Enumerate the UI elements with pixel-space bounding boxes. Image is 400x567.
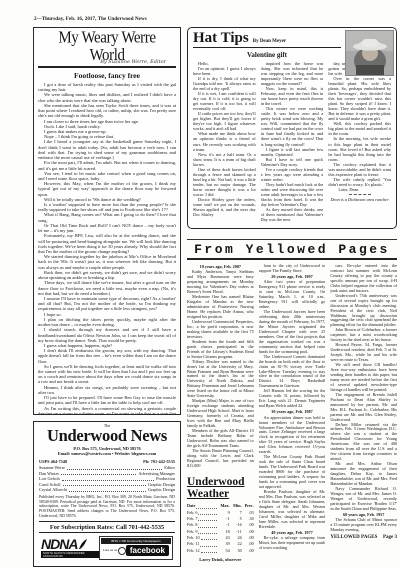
weather-rows: Feb. 6 9 7 .03 Feb. 7 — [187, 510, 254, 554]
dotted-leader — [198, 514, 216, 515]
jump-label: YELLOWED PAGES — [330, 535, 377, 541]
hat-tips-paragraph: In the morning, his wife awoke to this h… — [328, 136, 391, 161]
hat-tips-col-3: day, and he hadn't gotten anything for h… — [328, 61, 391, 223]
dotted-leader — [201, 539, 217, 540]
yellowed-item: The Souris Basin Planning Council, along… — [187, 449, 254, 469]
hat-tips-box: Hat Tips By Dean Meyer Valentine gift He… — [187, 27, 397, 229]
yellowed-pages-banner: From Yellowed Pages — [187, 242, 397, 260]
yellowed-col-1-text: 10 years ago, Feb. 2007Kathy Anderson, T… — [187, 264, 254, 469]
hat-tips-paragraph: Now, keep in mind, this is February, and… — [261, 86, 324, 106]
yellowed-item: After two years of preparation Emergency… — [259, 280, 326, 310]
yellowed-item: Jeff Hanson led the scoring for the Come… — [259, 389, 326, 409]
hat-tips-paragraph: Over in the corner was a beautiful plant… — [328, 76, 391, 122]
article-body: I got a dose of harsh reality this past … — [38, 82, 176, 415]
weather-title-line1: Underwood — [187, 476, 245, 488]
hat-tips-paragraph: I figure it will last another few months… — [261, 147, 324, 157]
newspaper-page: 2—Thursday, Feb. 16, 2017, The Underwood… — [0, 0, 400, 567]
article-paragraph: I assume I'll have to maintain some type… — [38, 296, 176, 312]
subscription-rates-line: For Subscription Rates: Call 701-442-553… — [39, 521, 175, 533]
masthead-logos-row: NDNA NORTH DAKOTA NEWSPAPER ASSOCIATION … — [39, 536, 175, 560]
weather-min: 30 — [230, 548, 242, 554]
weather-max: 54 — [218, 548, 230, 554]
article-title: Footloose, fancy free — [38, 71, 176, 80]
masthead-usps: USPS 464-7540 — [39, 459, 67, 464]
hat-tips-paragraph: I'm an optimist. I guess I always have b… — [193, 66, 256, 76]
weather-title-line2: Weather — [187, 488, 229, 500]
hat-tips-paragraph: The cowboy explained that it was unavoid… — [328, 162, 391, 177]
article-paragraph: I'll just have to be prepared. I'll have… — [38, 395, 176, 405]
hat-tips-paragraph: Doctor Shirley gave the orders, some stu… — [193, 197, 256, 217]
yellowed-item: The engagement of Brenda Judell Puchant … — [330, 393, 397, 423]
hat-tips-columns: Hello,I'm an optimist. I guess I always … — [193, 61, 391, 223]
weather-title: Underwood Weather — [187, 476, 254, 501]
yellowed-pages-section: From Yellowed Pages 10 years ago, Feb. 2… — [187, 239, 397, 562]
yellowed-item: The Underwood Comets dominated the board… — [259, 355, 326, 390]
hat-tips-paragraph: What made me think about how an optimist… — [193, 131, 256, 151]
article-paragraph: Hmmm, I think after six songs, we probab… — [38, 385, 176, 395]
yellowed-item: Brooke Paulson, daughter of Mr. and Mrs.… — [259, 490, 326, 530]
dotted-leader — [201, 552, 217, 553]
yellowed-pages-col-2: loan to the city of Underwood to support… — [259, 264, 326, 562]
werre-column-box: My Weary Werre World By Suzanne Werre, E… — [33, 27, 181, 415]
yellowed-col-2-text: loan to the city of Underwood to support… — [259, 264, 326, 551]
hat-tips-paragraph: As they nursed their drinks, one of them… — [261, 207, 324, 222]
werre-column-header: My Weary Werre World By Suzanne Werre, E… — [38, 28, 176, 68]
hat-tips-paragraph: If it is dry, I think of what my Grandpa… — [193, 76, 256, 91]
dean-meyer-photo — [345, 30, 394, 76]
hat-tips-paragraph: inquired how the horse was doing. She wa… — [261, 61, 324, 86]
hat-tips-article-title: Valentine gift — [193, 51, 341, 59]
yellowed-pages-col-1: 10 years ago, Feb. 2007Kathy Anderson, T… — [187, 264, 254, 562]
yellowed-item: Howard Payne, 54, Fargo, former Underwoo… — [330, 343, 397, 363]
page-header-folio: 2—Thursday, Feb. 16, 2017, The Underwood… — [34, 17, 147, 22]
yellowed-item: Re-cyke, a salvage company from Minot, h… — [259, 536, 326, 551]
staff-role: Graphic Design — [148, 487, 175, 493]
yellowed-item: Medcenter One has named Blaine Kingzler … — [187, 295, 254, 320]
masthead-box: The Underwood News P.O. Box 575, Underwo… — [33, 421, 181, 567]
continued-jump-line: YELLOWED PAGES Page 3 — [330, 535, 397, 541]
article-paragraph: Like I heard a youngster say at the bask… — [38, 139, 176, 160]
hat-tips-signoff: Later, Dean — [328, 187, 391, 192]
hat-tips-col-1: Hello,I'm an optimist. I guess I always … — [193, 61, 256, 223]
article-paragraph: These days, we still dance like we're in… — [38, 280, 176, 296]
weather-date: Feb. 12 — [187, 548, 200, 554]
dotted-leader — [196, 508, 216, 509]
section-top-rule — [187, 239, 397, 240]
masthead-phone: Ph: 701-442-5535 — [143, 459, 175, 464]
thumbs-up-icon — [118, 547, 126, 555]
ndna-leaf-icon — [78, 538, 88, 550]
hat-tips-col-3-text: day, and he hadn't gotten anything for h… — [328, 61, 391, 188]
article-paragraph: Fortunately, my BFF, Lisa, will also be … — [38, 233, 176, 254]
hat-tips-paragraph: If it is wet, I am confident it will dry… — [193, 91, 256, 111]
yellowed-item: Underwood's 75th anniversary was one of … — [330, 294, 397, 329]
hat-tips-paragraph: One of these draft horses kicked through… — [193, 167, 256, 197]
yellowed-item: The Underwood Jaycees have been celebrat… — [259, 310, 326, 355]
article-paragraph: What if Bang, Bang comes on? What am I g… — [38, 212, 176, 222]
staff-name: Crystal Albrecht — [39, 487, 67, 493]
yellowed-item: Mr. and Mrs. Arthur Olson announce the e… — [330, 462, 397, 487]
yellowed-item: John Brown of Coleharbor, a former carpe… — [330, 328, 397, 343]
ndna-wordmark: NDNA — [41, 537, 77, 551]
yellowed-item: Kathy Anderson, Tanya Stebbins and Myra … — [187, 270, 254, 295]
hat-tips-title: Hat Tips — [193, 31, 249, 46]
hat-tips-paragraph: This winter we were working cattle. It w… — [261, 106, 324, 147]
like-us-label: Like us on — [103, 549, 117, 553]
facebook-logo: facebook — [126, 545, 169, 556]
dotted-leader — [198, 533, 216, 534]
facebook-promo-box: BHG = ND Community Newspapers Like us on… — [99, 536, 173, 560]
yellowed-item: The McLean County Park Board took the ru… — [259, 455, 326, 490]
masthead-staff-list: Suzanne Werre Editor Dan Winter Advertis… — [39, 465, 175, 493]
yellowed-item: Members of the girls All-District 10 Tea… — [187, 429, 254, 449]
article-paragraph: Back then, we didn't get sweaty, we didn… — [38, 270, 176, 280]
yellowed-col-3-text: cars. Re-cyke entered into the contract … — [330, 264, 397, 533]
article-paragraph: As I'm writing this, there's a commercia… — [38, 406, 176, 415]
staff-row: Crystal Albrecht Graphic Design — [39, 487, 175, 493]
article-paragraph: We started dancing together by the jukeb… — [38, 254, 176, 270]
dotted-leader — [62, 480, 154, 481]
article-paragraph: For the most part, I'll admit, I'm adult… — [38, 160, 176, 170]
article-paragraph: I plan on ditching the shoes pretty quic… — [38, 317, 176, 327]
dotted-leader — [61, 474, 136, 475]
hat-tips-paragraph: If cattle prices are too low, they'll ge… — [193, 111, 256, 131]
weather-box: Underwood Weather Date Max. Min. Prec. — [187, 473, 254, 562]
jump-page: Page 3 — [383, 535, 397, 541]
hat-tips-paragraph: I've a couple cowboy friends that a few … — [261, 167, 324, 182]
hat-tips-col-2: inquired how the horse was doing. She wa… — [261, 61, 324, 223]
yellowed-item: Students from the fourth and fifth grade… — [187, 340, 254, 360]
masthead-legal-text: Published every Thursday by BHG, Inc., P… — [39, 495, 175, 519]
yellowed-item: Marijan (Mari) Majer, is one of two fore… — [187, 399, 254, 429]
article-paragraph: Is a 'mother' supposed to have more fun … — [38, 202, 176, 212]
left-column: My Weary Werre World By Suzanne Werre, E… — [33, 27, 181, 567]
weather-observer: Larry Dziuk, observer — [187, 557, 254, 562]
yellowed-item: Underwood Commercial Properties, Inc., a… — [187, 320, 254, 340]
dotted-leader — [198, 527, 216, 528]
dotted-leader — [67, 469, 162, 470]
dotted-leader — [200, 546, 216, 547]
yellowed-item: loan to the city of Underwood to support… — [259, 264, 326, 274]
hat-tips-paragraph: Now, it's not a half team. Or a show tea… — [193, 152, 256, 167]
weather-table: Date Max. Min. Prec. Feb. 6 — [187, 503, 254, 553]
article-paragraph: She mentioned that she has seen Taylor S… — [38, 103, 176, 119]
dotted-leader — [198, 520, 216, 521]
dotted-leader — [63, 485, 146, 486]
hat-tips-paragraph: But I have to tell one quick Valentine's… — [261, 157, 324, 167]
hat-tips-paragraph: The wife calmly replied, 'You didn't nee… — [328, 177, 391, 187]
yellowed-item: We still need those CB handles! Area two… — [330, 363, 397, 393]
ndna-logo: NDNA NORTH DAKOTA NEWSPAPER ASSOCIATION — [41, 537, 99, 558]
werre-column-title: My Weary Werre World — [40, 30, 174, 65]
article-paragraph: You see, I tend to let music take contro… — [38, 171, 176, 181]
hat-tips-paragraph: Well, this cowboy packed this big plant … — [328, 121, 391, 136]
hat-tips-paragraph: They hadn't had much luck at the rodeo a… — [261, 182, 324, 207]
masthead-usps-phone-row: USPS 464-7540 Ph: 701-442-5535 — [39, 459, 175, 464]
article-paragraph: I got a dose of harsh reality this past … — [38, 82, 176, 92]
cowboy-hat-portrait-image — [346, 31, 393, 75]
article-paragraph: Or That Old Time Rock and Roll? I can't … — [38, 223, 176, 233]
yellowed-pages-col-3: cars. Re-cyke entered into the contract … — [330, 264, 397, 562]
article-paragraph: However, this May, when I'm the mother o… — [38, 181, 176, 197]
weather-row: Feb. 12 54 30 .00 — [187, 548, 254, 554]
article-paragraph: We were talking music, likes and dislike… — [38, 92, 176, 102]
article-paragraph: I should search through my drawers and s… — [38, 327, 176, 343]
yellowed-item: Tiffany Discher was named to the dean's … — [187, 360, 254, 400]
hat-tips-tagline: Dean is a Dickinson area rancher — [328, 197, 391, 202]
article-paragraph: So I guess we'll be dancing fools togeth… — [38, 364, 176, 385]
ndna-caption: NORTH DAKOTA NEWSPAPER ASSOCIATION — [41, 551, 99, 558]
yellowed-pages-columns: 10 years ago, Feb. 2007Kathy Anderson, T… — [187, 264, 397, 562]
masthead-email-line: Email: unnews@westriv.com • Website: bhg… — [39, 451, 175, 456]
dotted-leader — [69, 491, 146, 492]
yellowed-item: An appreciation dinner was held to honor… — [259, 416, 326, 456]
divider-rule — [349, 194, 371, 195]
article-paragraph: I don't think I'll embarrass the groom, … — [38, 348, 176, 364]
masthead-name: Underwood News — [39, 428, 175, 445]
weather-prec: .00 — [242, 548, 254, 554]
yellowed-item: cars. Re-cyke entered into the contract … — [330, 264, 397, 294]
yellowed-item: The Schuna Club of Minot sponsor a 15 mi… — [330, 518, 397, 533]
yellowed-item: Navy Commander Richard O. Wenger, son of… — [330, 487, 397, 512]
yellowed-item: DeAnn Miller returned via the airlines, … — [330, 423, 397, 463]
hat-tips-byline: By Dean Meyer — [253, 39, 286, 44]
right-column: Hat Tips By Dean Meyer Valentine gift He… — [187, 27, 397, 562]
hat-tips-header: Hat Tips By Dean Meyer — [193, 30, 341, 48]
